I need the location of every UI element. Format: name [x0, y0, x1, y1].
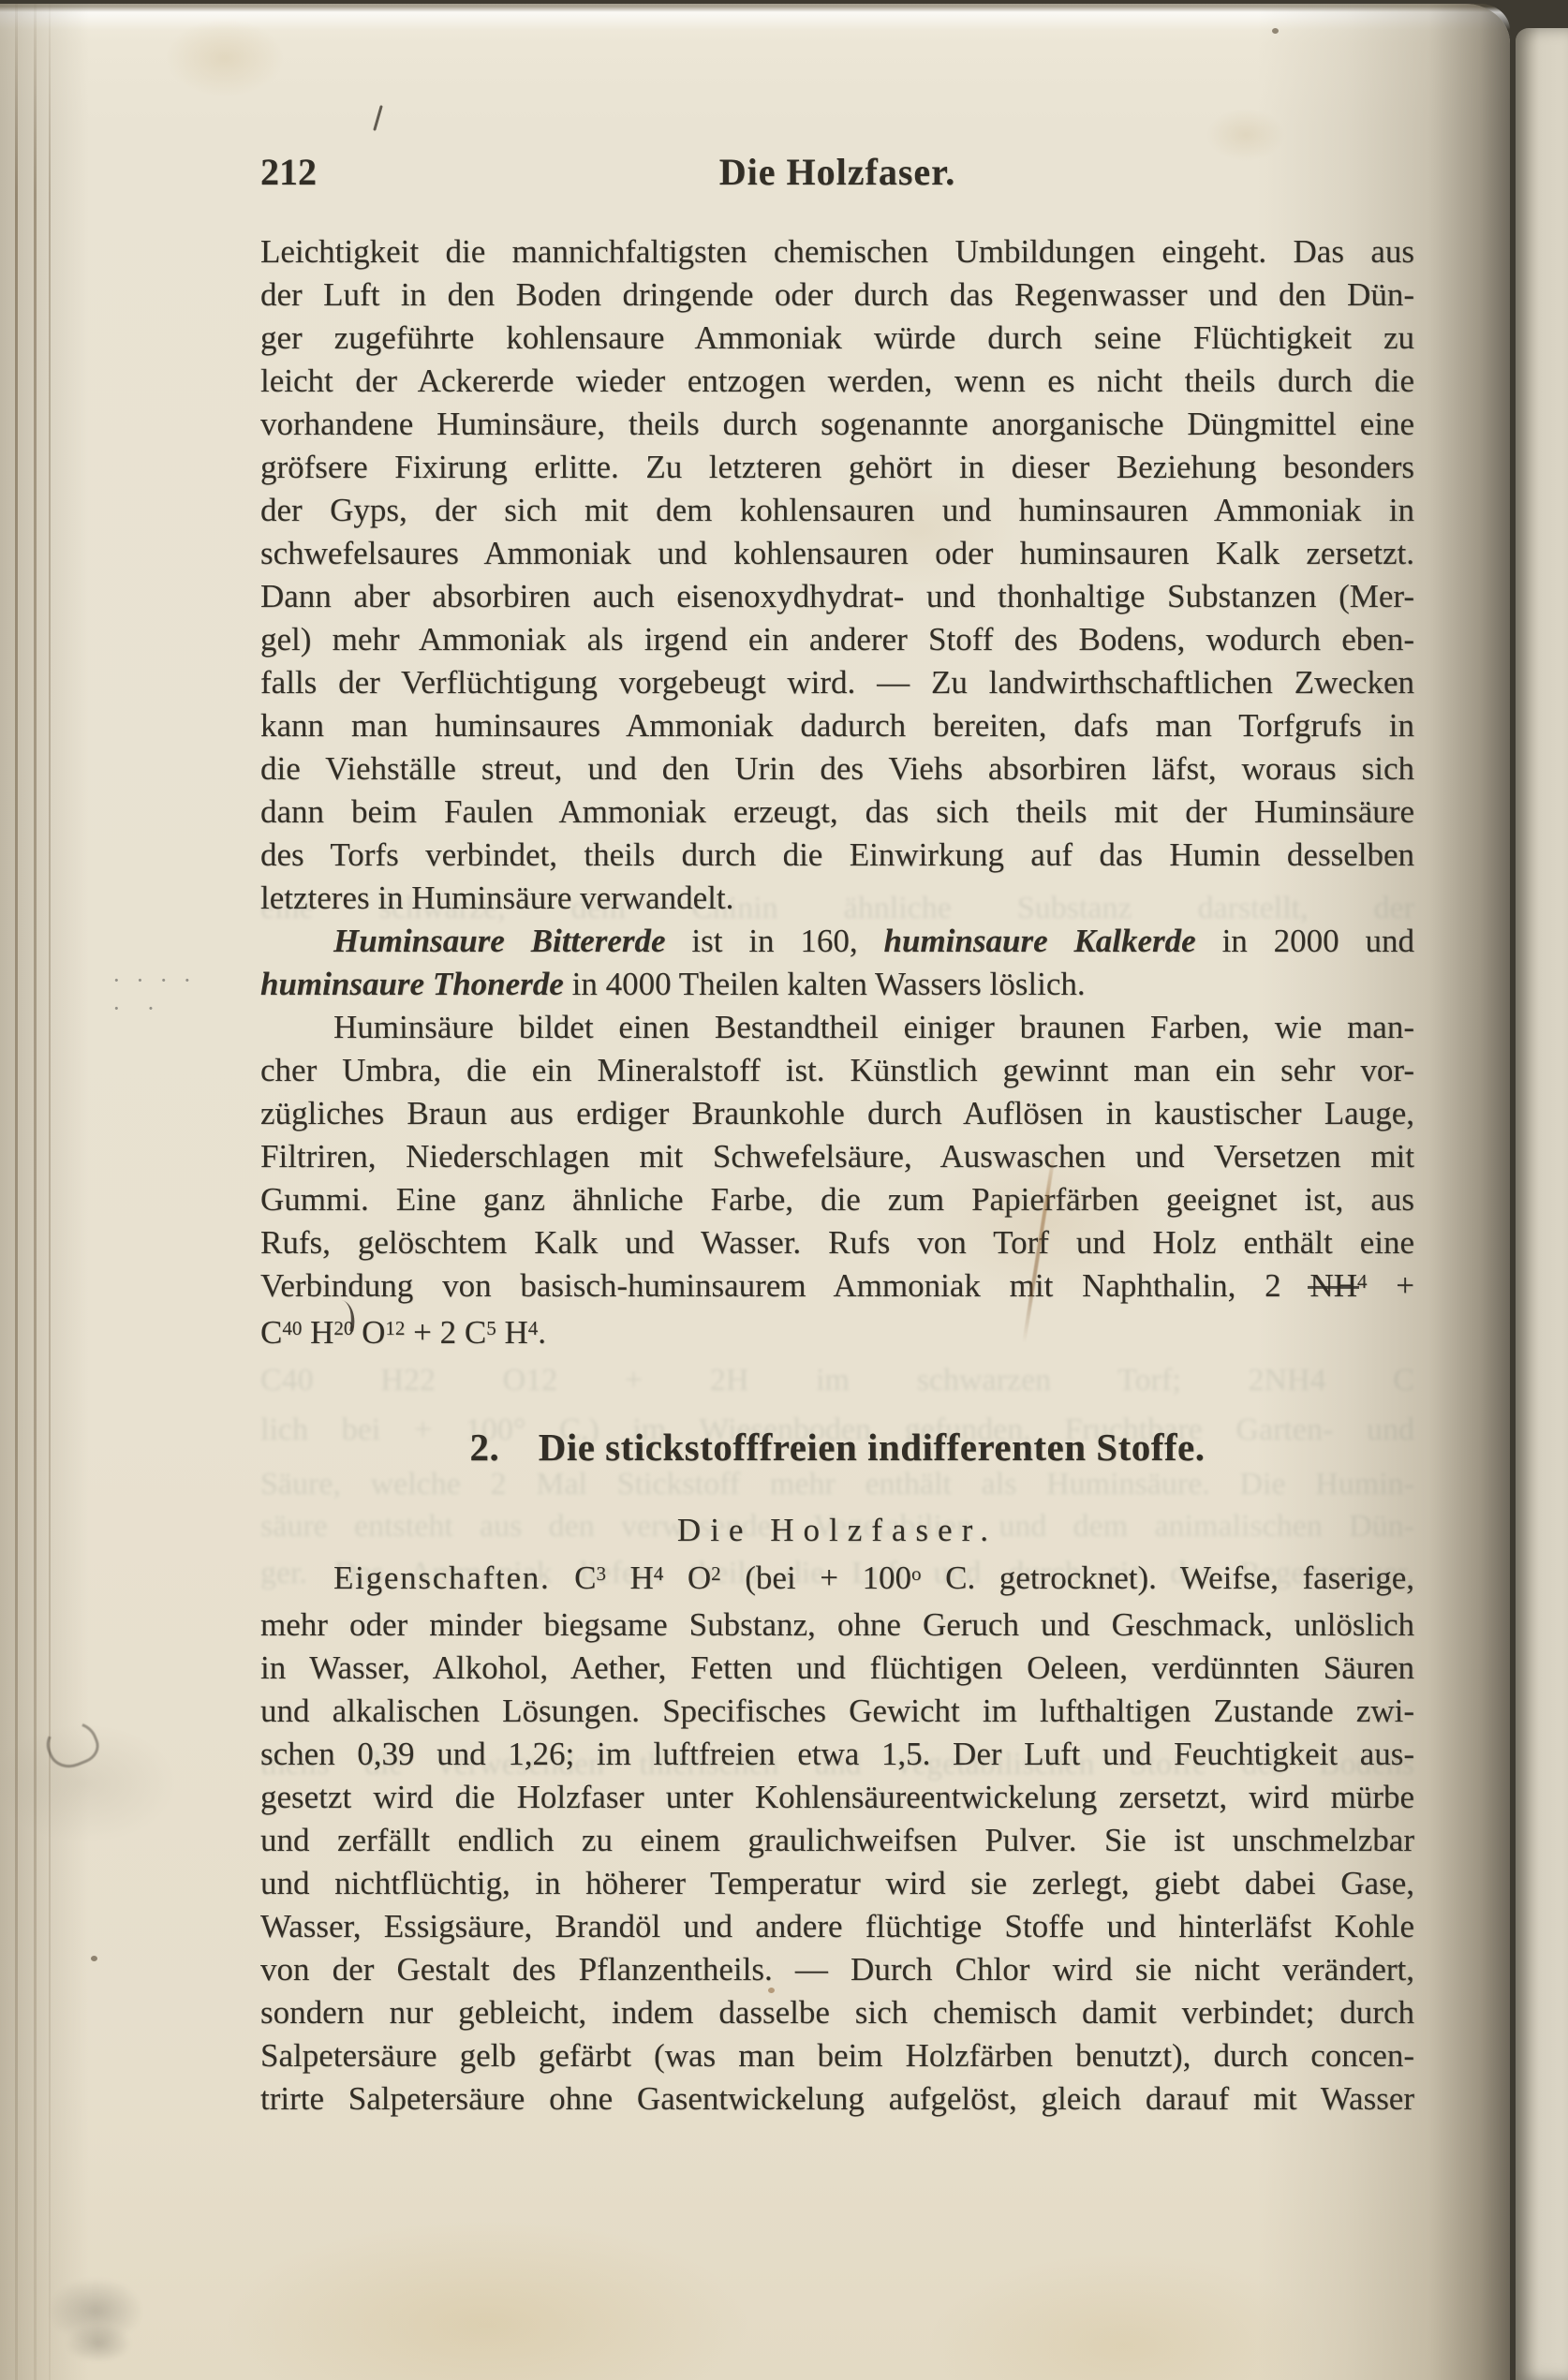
- text-run: huminsaure Kalkerde: [884, 923, 1196, 959]
- text-line: Huminsaure Bittererde ist in 160, humins…: [260, 920, 1414, 963]
- text-line: Rufs, gelöschtem Kalk und Wasser. Rufs v…: [260, 1221, 1414, 1264]
- text-run: H: [302, 1314, 333, 1351]
- text-line: die Viehställe streut, und den Urin des …: [260, 747, 1414, 791]
- text-run: sondern nur gebleicht, indem dasselbe si…: [260, 1994, 1414, 2031]
- superscript: 40: [282, 1317, 302, 1339]
- superscript: 5: [486, 1317, 496, 1339]
- text-run: gröfsere Fixirung erlitte. Zu letzteren …: [260, 449, 1414, 485]
- left-edge-shadow: [0, 4, 89, 2380]
- text-run: cher Umbra, die ein Mineralstoff ist. Kü…: [260, 1052, 1414, 1088]
- text-line: und nichtflüchtig, in höherer Temperatur…: [260, 1862, 1414, 1905]
- text-run: O: [353, 1314, 385, 1351]
- subsection-heading: Die Holzfaser.: [260, 1510, 1414, 1551]
- body-text: Leichtigkeit die mannichfaltigsten chemi…: [260, 230, 1414, 2121]
- text-line: kann man huminsaures Ammoniak dadurch be…: [260, 704, 1414, 747]
- text-run: Eigenschaften.: [333, 1560, 551, 1596]
- text-run: H: [496, 1314, 528, 1351]
- text-line: Verbindung von basisch-huminsaurem Ammon…: [260, 1264, 1414, 1311]
- superscript: 2: [711, 1562, 721, 1585]
- paragraph: Huminsaure Bittererde ist in 160, humins…: [260, 920, 1414, 1006]
- running-header: Die Holzfaser.: [260, 150, 1414, 194]
- paragraph: Huminsäure bildet einen Bestandtheil ein…: [260, 1006, 1414, 1358]
- text-line: schwefelsaures Ammoniak und kohlensauren…: [260, 532, 1414, 575]
- text-run: C. getrocknet). Weifse, faserige,: [922, 1560, 1414, 1596]
- text-line: schen 0,39 und 1,26; im luftfreien etwa …: [260, 1733, 1414, 1776]
- text-line: C40 H20 O12 + 2 C5 H4.: [260, 1311, 1414, 1358]
- superscript: 12: [385, 1317, 405, 1339]
- text-run: Dann aber absorbiren auch eisenoxydhydra…: [260, 578, 1414, 614]
- text-line: gröfsere Fixirung erlitte. Zu letzteren …: [260, 446, 1414, 489]
- text-run: gel) mehr Ammoniak als irgend ein andere…: [260, 621, 1414, 658]
- text-run: Gummi. Eine ganz ähnliche Farbe, die zum…: [260, 1181, 1414, 1218]
- text-line: dann beim Faulen Ammoniak erzeugt, das s…: [260, 791, 1414, 834]
- text-run: die Viehställe streut, und den Urin des …: [260, 750, 1414, 787]
- text-line: Eigenschaften. C3 H4 O2 (bei + 100o C. g…: [260, 1557, 1414, 1604]
- text-run: (bei + 100: [721, 1560, 911, 1596]
- paragraph: Eigenschaften. C3 H4 O2 (bei + 100o C. g…: [260, 1557, 1414, 2121]
- text-line: gel) mehr Ammoniak als irgend ein andere…: [260, 618, 1414, 661]
- text-line: ger zugeführte kohlensaure Ammoniak würd…: [260, 317, 1414, 360]
- text-run: Filtriren, Niederschlagen mit Schwefelsä…: [260, 1138, 1414, 1175]
- text-run: huminsaure Thonerde: [260, 966, 564, 1002]
- text-run: mehr oder minder biegsame Substanz, ohne…: [260, 1606, 1414, 1643]
- text-run: gesetzt wird die Holzfaser unter Kohlens…: [260, 1779, 1414, 1815]
- text-line: zügliches Braun aus erdiger Braunkohle d…: [260, 1092, 1414, 1135]
- text-run: falls der Verflüchtigung vorgebeugt wird…: [260, 664, 1414, 701]
- text-run: der Luft in den Boden dringende oder dur…: [260, 276, 1414, 313]
- text-run: Huminsaure Bittererde: [333, 923, 666, 959]
- text-run: der Gyps, der sich mit dem kohlensauren …: [260, 492, 1414, 528]
- paragraph: Leichtigkeit die mannichfaltigsten chemi…: [260, 230, 1414, 920]
- text-line: Salpetersäure gelb gefärbt (was man beim…: [260, 2034, 1414, 2077]
- page-crease-line: [15, 4, 18, 2380]
- page-header: 212 Die Holzfaser.: [260, 150, 1414, 199]
- section-heading: 2. Die stickstofffreien indifferenten St…: [260, 1420, 1414, 1474]
- page-crease-line: [49, 4, 51, 2380]
- text-run: +: [1367, 1267, 1414, 1304]
- text-run: Huminsäure bildet einen Bestandtheil ein…: [333, 1009, 1414, 1045]
- text-run: ger zugeführte kohlensaure Ammoniak würd…: [260, 319, 1414, 356]
- superscript: 4: [654, 1562, 664, 1585]
- text-run: Rufs, gelöschtem Kalk und Wasser. Rufs v…: [260, 1224, 1414, 1261]
- text-run: Salpetersäure gelb gefärbt (was man beim…: [260, 2037, 1414, 2074]
- text-run: und alkalischen Lösungen. Specifisches G…: [260, 1693, 1414, 1729]
- text-line: in Wasser, Alkohol, Aether, Fetten und f…: [260, 1647, 1414, 1690]
- text-line: falls der Verflüchtigung vorgebeugt wird…: [260, 661, 1414, 704]
- text-run: in 2000 und: [1196, 923, 1414, 959]
- text-run: ist in 160,: [666, 923, 884, 959]
- text-run: C: [551, 1560, 597, 1596]
- page-crease-line: [34, 4, 37, 2380]
- text-run: und nichtflüchtig, in höherer Temperatur…: [260, 1865, 1414, 1901]
- text-run: Leichtigkeit die mannichfaltigsten chemi…: [260, 233, 1414, 270]
- text-line: vorhandene Huminsäure, theils durch soge…: [260, 403, 1414, 446]
- text-line: Gummi. Eine ganz ähnliche Farbe, die zum…: [260, 1178, 1414, 1221]
- text-line: huminsaure Thonerde in 4000 Theilen kalt…: [260, 963, 1414, 1006]
- text-line: sondern nur gebleicht, indem dasselbe si…: [260, 1991, 1414, 2034]
- text-run: des Torfs verbindet, theils durch die Ei…: [260, 836, 1414, 873]
- superscript: 3: [596, 1562, 606, 1585]
- text-run: kann man huminsaures Ammoniak dadurch be…: [260, 707, 1414, 744]
- text-line: mehr oder minder biegsame Substanz, ohne…: [260, 1604, 1414, 1647]
- text-line: Dann aber absorbiren auch eisenoxydhydra…: [260, 575, 1414, 618]
- text-run: Wasser, Essigsäure, Brandöl und andere f…: [260, 1908, 1414, 1944]
- book-scan: eine schwarze, dem Chinin ähnliche Subst…: [0, 0, 1568, 2380]
- text-line: und zerfällt endlich zu einem graulichwe…: [260, 1819, 1414, 1862]
- text-run: schwefelsaures Ammoniak und kohlensauren…: [260, 535, 1414, 571]
- text-run: Verbindung von basisch-huminsaurem Ammon…: [260, 1267, 1309, 1304]
- text-line: gesetzt wird die Holzfaser unter Kohlens…: [260, 1776, 1414, 1819]
- text-run: + 2 C: [405, 1314, 486, 1351]
- text-run: zügliches Braun aus erdiger Braunkohle d…: [260, 1095, 1414, 1131]
- superscript: o: [911, 1562, 922, 1585]
- text-run: schen 0,39 und 1,26; im luftfreien etwa …: [260, 1736, 1414, 1772]
- text-run: dann beim Faulen Ammoniak erzeugt, das s…: [260, 793, 1414, 830]
- text-line: des Torfs verbindet, theils durch die Ei…: [260, 834, 1414, 877]
- text-run: vorhandene Huminsäure, theils durch soge…: [260, 406, 1414, 442]
- text-line: leicht der Ackererde wieder entzogen wer…: [260, 360, 1414, 403]
- text-line: Wasser, Essigsäure, Brandöl und andere f…: [260, 1905, 1414, 1948]
- superscript: 4: [1357, 1270, 1368, 1293]
- text-line: der Gyps, der sich mit dem kohlensauren …: [260, 489, 1414, 532]
- text-line: cher Umbra, die ein Mineralstoff ist. Kü…: [260, 1049, 1414, 1092]
- text-run: trirte Salpetersäure ohne Gasentwickelun…: [260, 2080, 1414, 2117]
- text-run: O: [663, 1560, 711, 1596]
- superscript: 4: [528, 1317, 539, 1339]
- text-run: H: [606, 1560, 654, 1596]
- text-line: Huminsäure bildet einen Bestandtheil ein…: [260, 1006, 1414, 1049]
- text-run: und zerfällt endlich zu einem graulichwe…: [260, 1822, 1414, 1858]
- text-line: und alkalischen Lösungen. Specifisches G…: [260, 1690, 1414, 1733]
- text-run: in Wasser, Alkohol, Aether, Fetten und f…: [260, 1649, 1414, 1686]
- text-line: Leichtigkeit die mannichfaltigsten chemi…: [260, 230, 1414, 273]
- text-line: Filtriren, Niederschlagen mit Schwefelsä…: [260, 1135, 1414, 1178]
- text-line: der Luft in den Boden dringende oder dur…: [260, 273, 1414, 317]
- text-line: trirte Salpetersäure ohne Gasentwickelun…: [260, 2077, 1414, 2121]
- text-run: .: [538, 1314, 546, 1351]
- text-run: von der Gestalt des Pflanzentheils. — Du…: [260, 1951, 1414, 1988]
- text-run: leicht der Ackererde wieder entzogen wer…: [260, 362, 1414, 399]
- text-run: NH: [1309, 1267, 1357, 1304]
- text-line: von der Gestalt des Pflanzentheils. — Du…: [260, 1948, 1414, 1991]
- text-run: C: [260, 1314, 282, 1351]
- next-page-edge: [1516, 28, 1568, 2380]
- text-run: letzteres in Huminsäure verwandelt.: [260, 880, 733, 916]
- text-line: letzteres in Huminsäure verwandelt.: [260, 877, 1414, 920]
- text-column: 212 Die Holzfaser. Leichtigkeit die mann…: [260, 150, 1414, 2121]
- text-run: in 4000 Theilen kalten Wassers löslich.: [564, 966, 1086, 1002]
